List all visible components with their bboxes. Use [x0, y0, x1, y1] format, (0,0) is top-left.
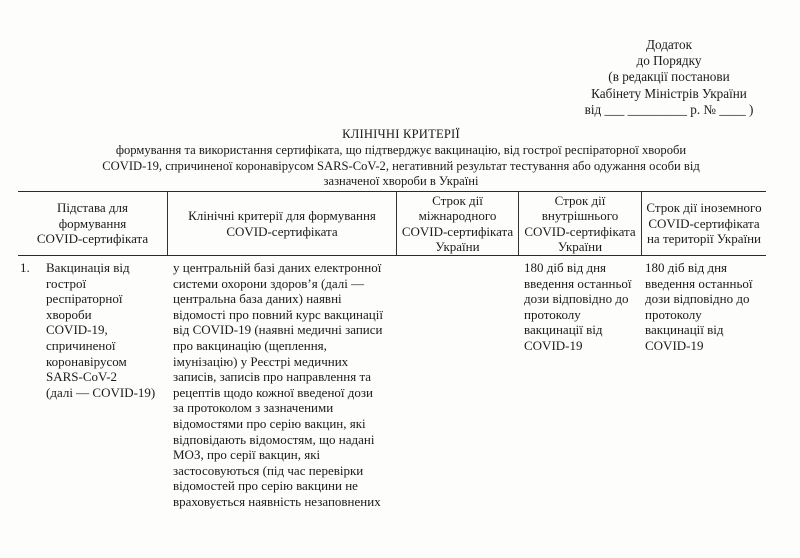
cell-international-term [396, 260, 518, 510]
document-subtitle: формування та використання сертифіката, … [40, 143, 762, 190]
text-line: гострої [46, 276, 167, 292]
text-line: коронавірусом [46, 354, 167, 370]
text-line: дози відповідно до [645, 291, 766, 307]
subtitle-line: формування та використання сертифіката, … [40, 143, 762, 159]
cell-clinical-criteria: у центральній базі даних електронноїсист… [167, 260, 396, 510]
text-line: відповідають відомостям, що надані [173, 432, 392, 448]
text-line: COVID-сертифіката [646, 216, 761, 231]
approval-line: від ___ _________ р. № ____ ) [562, 102, 776, 118]
text-line: МОЗ, про серії вакцин, які [173, 447, 392, 463]
text-line: внутрішнього [524, 208, 635, 223]
text-line: Строк дії іноземного [646, 200, 761, 215]
text-line: (далі — COVID-19) [46, 385, 167, 401]
header-clinical-criteria: Клінічні критерії для формуванняCOVID-се… [167, 192, 396, 255]
approval-line: Додаток [562, 37, 776, 53]
text-line: респіраторної [46, 291, 167, 307]
cell-basis: 1. Вакцинація відгостроїреспіраторноїхво… [18, 260, 167, 510]
text-line: протоколу [645, 307, 766, 323]
text-line: України [524, 239, 635, 254]
document-title: КЛІНІЧНІ КРИТЕРІЇ [40, 127, 762, 143]
header-foreign-term: Строк дії іноземногоCOVID-сертифікатана … [641, 192, 766, 255]
text-line: у центральній базі даних електронної [173, 260, 392, 276]
text-line: COVID-19 [524, 338, 641, 354]
text-line: Строк дії [524, 193, 635, 208]
text-line: Підстава для [37, 200, 148, 215]
text-line: спричиненої [46, 338, 167, 354]
text-line: формування [37, 216, 148, 231]
title-block: КЛІНІЧНІ КРИТЕРІЇ формування та використ… [40, 127, 762, 190]
approval-block: Додаток до Порядку (в редакції постанови… [562, 37, 776, 118]
text-line: введення останньої [645, 276, 766, 292]
text-line: про вакцинацію (щеплення, [173, 338, 392, 354]
document-page: Додаток до Порядку (в редакції постанови… [0, 0, 800, 558]
text-line: COVID-сертифіката [402, 224, 513, 239]
text-line: Клінічні критерії для формування [188, 208, 376, 223]
text-line: відомостями про серію вакцин, які [173, 416, 392, 432]
approval-line: Кабінету Міністрів України [562, 86, 776, 102]
text-line: COVID-сертифіката [524, 224, 635, 239]
text-line: SARS-CoV-2 [46, 369, 167, 385]
text-line: 180 діб від дня [645, 260, 766, 276]
subtitle-line: зазначеної хвороби в Україні [40, 174, 762, 190]
text-line: протоколу [524, 307, 641, 323]
text-line: рецептів щодо кожної введеної дози [173, 385, 392, 401]
text-line: системи охорони здоров’я (далі — [173, 276, 392, 292]
text-line: на території України [646, 231, 761, 246]
text-line: дози відповідно до [524, 291, 641, 307]
text-line: Вакцинація від [46, 260, 167, 276]
table-row: 1. Вакцинація відгостроїреспіраторноїхво… [18, 256, 766, 510]
text-line: відомості про повний курс вакцинації [173, 307, 392, 323]
text-line: COVID-сертифіката [188, 224, 376, 239]
subtitle-line: COVID-19, спричиненої коронавірусом SARS… [40, 159, 762, 175]
header-basis: Підстава дляформуванняCOVID-сертифіката [18, 192, 167, 255]
text-line: центральна база даних) наявні [173, 291, 392, 307]
text-line: COVID-сертифіката [37, 231, 148, 246]
text-line: міжнародного [402, 208, 513, 223]
text-line: вакцинації від [645, 322, 766, 338]
table-header: Підстава дляформуванняCOVID-сертифіката … [18, 191, 766, 256]
text-line: за протоколом з зазначеними [173, 400, 392, 416]
cell-domestic-term: 180 діб від днявведення останньоїдози ві… [518, 260, 641, 510]
text-line: від COVID-19 (наявні медичні записи [173, 322, 392, 338]
header-international-term: Строк діїміжнародногоCOVID-сертифікатаУк… [396, 192, 518, 255]
approval-line: (в редакції постанови [562, 69, 776, 85]
header-domestic-term: Строк діївнутрішньогоCOVID-сертифікатаУк… [518, 192, 641, 255]
text-line: вакцинації від [524, 322, 641, 338]
text-line: імунізацію) у Реєстрі медичних [173, 354, 392, 370]
cell-foreign-term: 180 діб від днявведення останньоїдози ві… [641, 260, 766, 510]
criteria-table: Підстава дляформуванняCOVID-сертифіката … [18, 191, 766, 510]
text-line: COVID-19 [645, 338, 766, 354]
text-line: України [402, 239, 513, 254]
row-number: 1. [20, 260, 30, 276]
text-line: Строк дії [402, 193, 513, 208]
text-line: відомостей про серію вакцини не [173, 478, 392, 494]
text-line: враховується наявність незаповнених [173, 494, 392, 510]
text-line: записів, записів про направлення та [173, 369, 392, 385]
text-line: COVID-19, [46, 322, 167, 338]
text-line: 180 діб від дня [524, 260, 641, 276]
approval-line: до Порядку [562, 53, 776, 69]
text-line: застосовуються (під час перевірки [173, 463, 392, 479]
text-line: хвороби [46, 307, 167, 323]
text-line: введення останньої [524, 276, 641, 292]
